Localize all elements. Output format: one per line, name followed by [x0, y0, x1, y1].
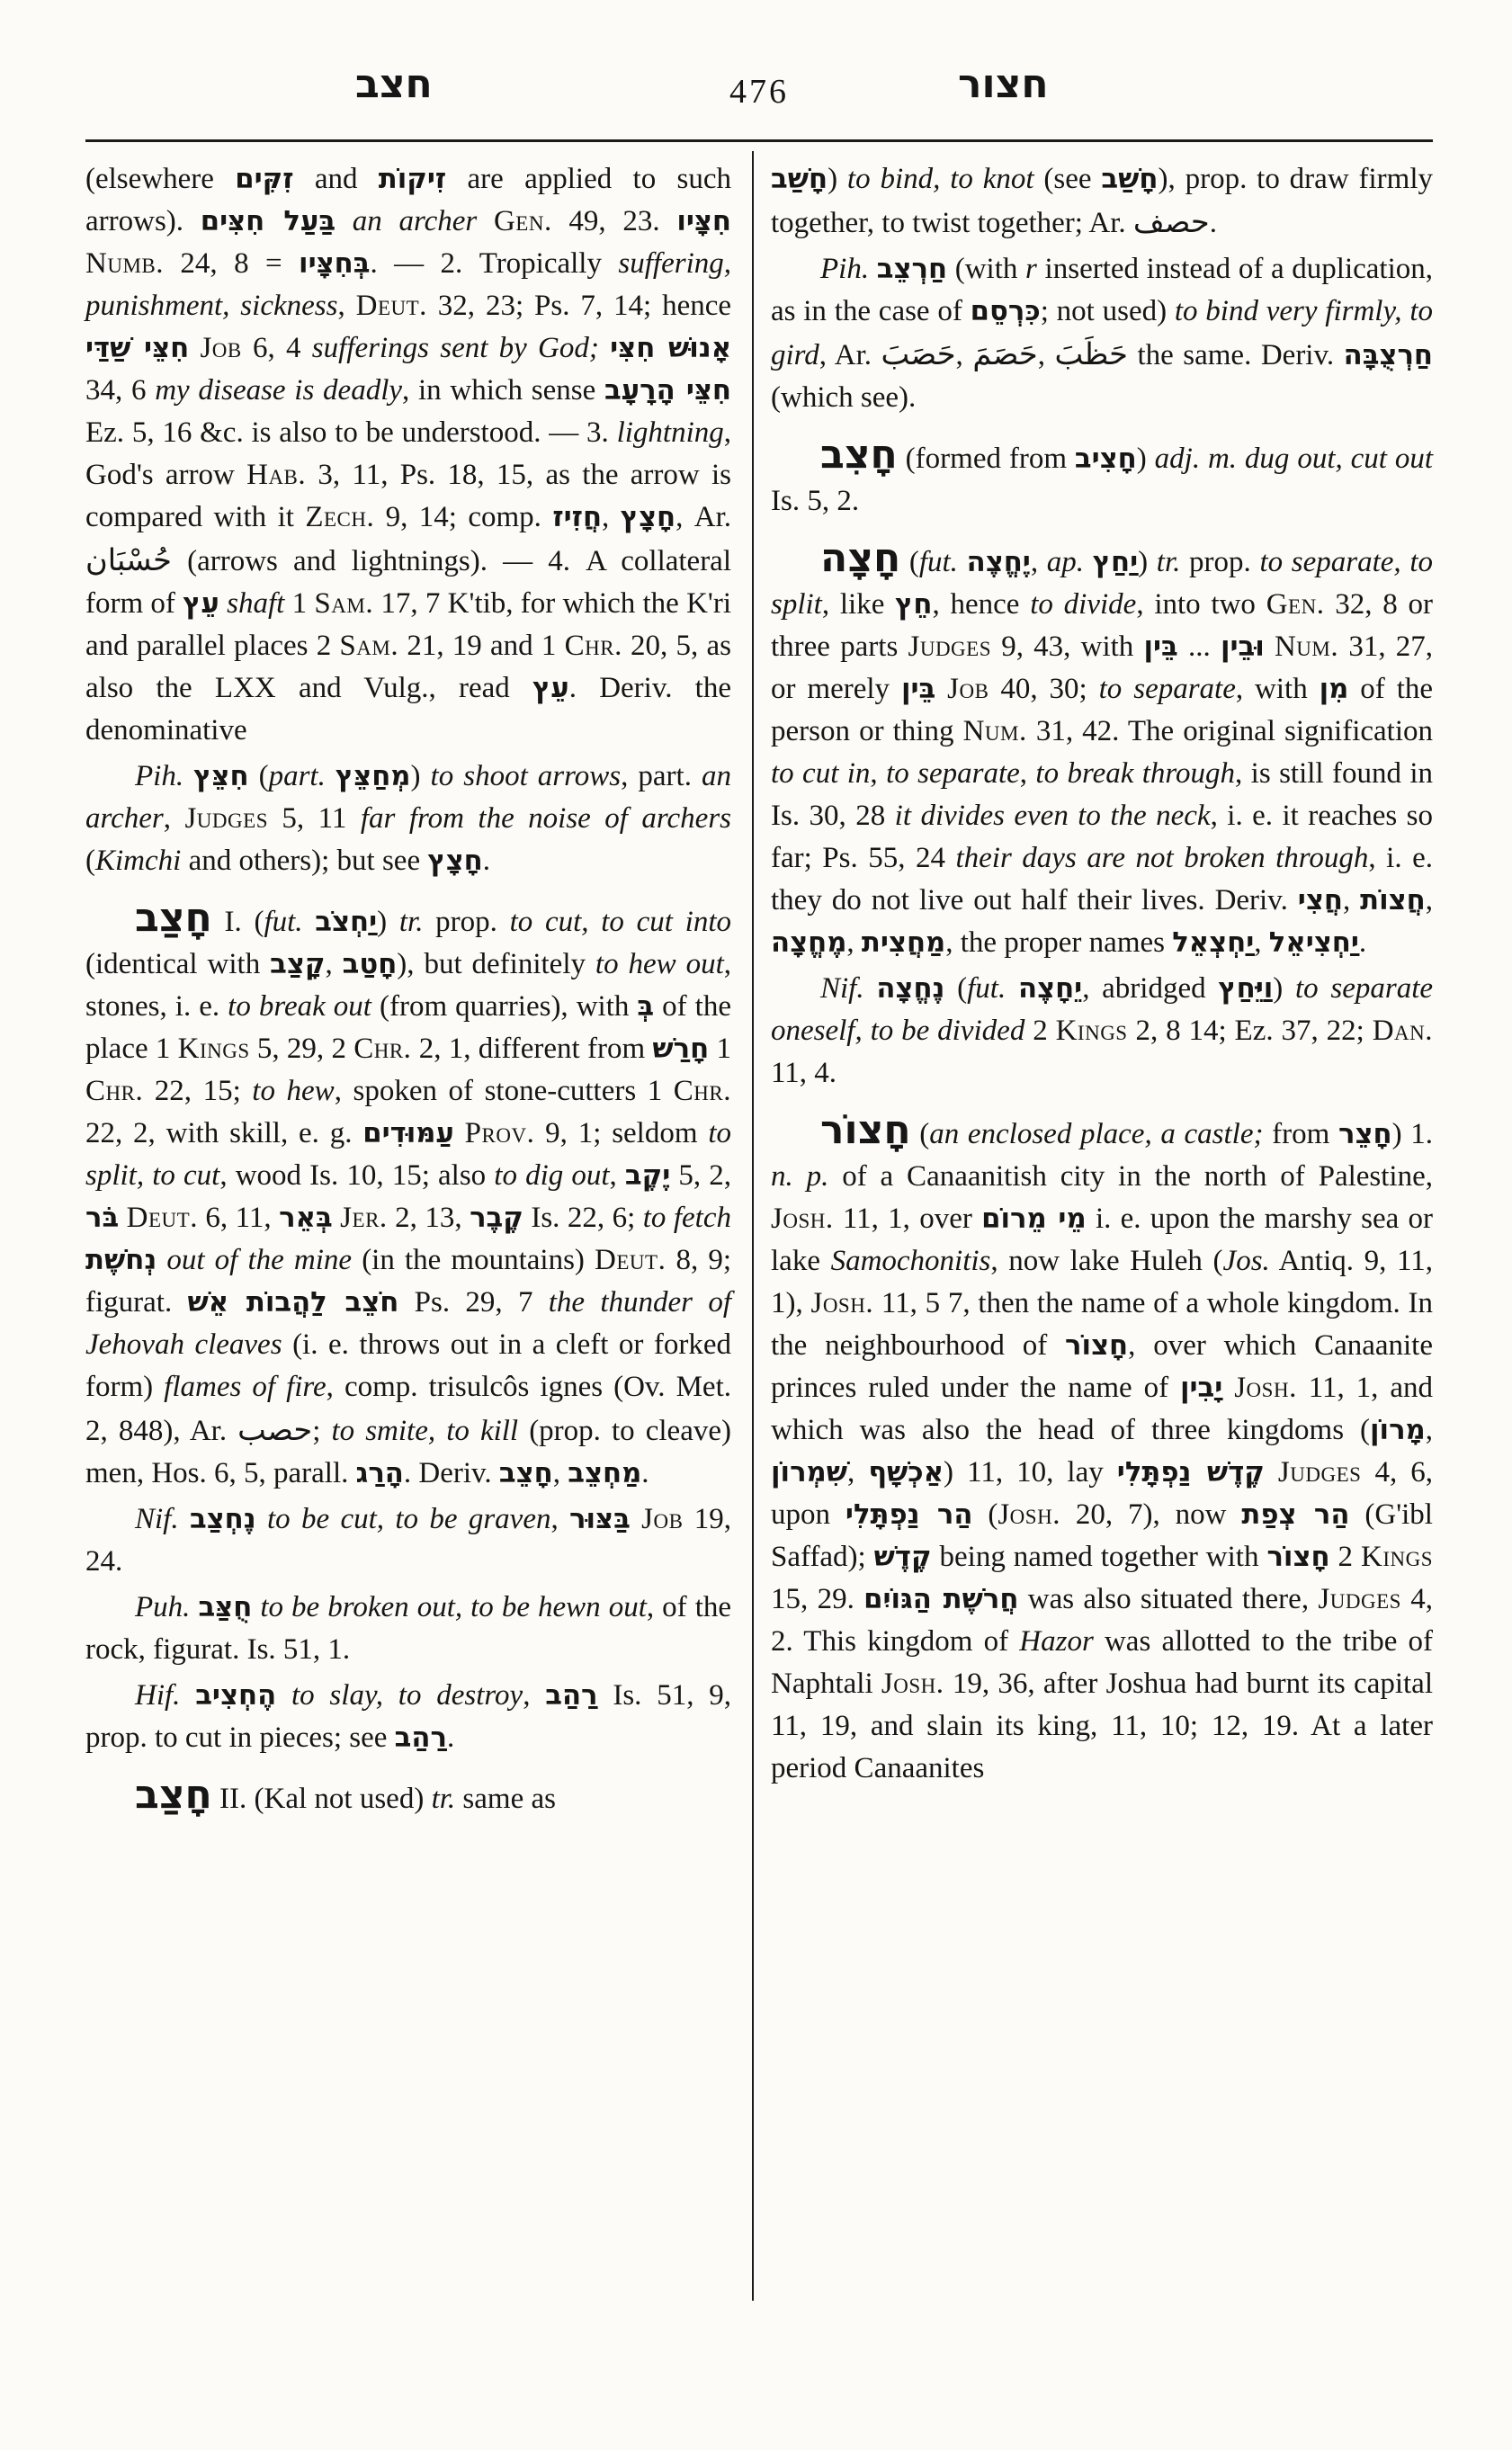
text-run: 2: [1024, 1015, 1055, 1047]
text-run: .: [1210, 207, 1217, 239]
text-run: [326, 760, 336, 792]
text-run: . Deriv.: [404, 1457, 499, 1489]
paragraph: Hif. הֶחְצִיב to slay, to destroy, רַהַב…: [85, 1675, 731, 1759]
text-run: ): [377, 906, 399, 938]
smallcaps-run: Prov.: [465, 1117, 535, 1149]
hebrew-run: יַחְצִיאֵל: [1269, 927, 1359, 959]
hebrew-run: זִיקוֹת: [379, 164, 446, 195]
italic-run: sufferings sent by God;: [312, 332, 599, 364]
smallcaps-run: Chr.: [674, 1075, 731, 1107]
hebrew-run: אָנוּשׁ חִצִּי: [610, 333, 731, 364]
hebrew-run: בֵּין: [1143, 631, 1177, 663]
text-run: .: [641, 1457, 649, 1489]
hebrew-run: חֲזִיז: [552, 502, 602, 533]
text-run: , wood Is. 10, 15; also: [219, 1159, 494, 1192]
italic-run: Hif.: [135, 1679, 180, 1712]
text-run: 31, 42. The original signification: [1027, 715, 1433, 747]
arabic-run: حصب: [237, 1412, 312, 1447]
text-run: [179, 1503, 190, 1535]
hebrew-run: חָטַב: [343, 949, 398, 980]
italic-run: to slay, to destroy: [291, 1679, 523, 1712]
text-run: 15, 29.: [771, 1583, 863, 1615]
text-run: , the proper names: [945, 926, 1172, 959]
text-run: same as: [455, 1783, 556, 1815]
text-run: , abridged: [1082, 972, 1218, 1005]
italic-run: Jos.: [1223, 1245, 1270, 1277]
text-run: , into two: [1136, 588, 1266, 621]
text-run: ), but definitely: [397, 948, 595, 980]
text-run: ): [1273, 972, 1295, 1005]
text-run: .: [447, 1721, 454, 1754]
text-run: ,: [1426, 1414, 1433, 1446]
hebrew-entry-word: חָצַב: [135, 1772, 212, 1818]
hebrew-run: יַחְצְאֵל: [1172, 927, 1254, 959]
italic-run: to break through: [1035, 757, 1235, 790]
text-run: [599, 332, 610, 364]
text-run: Ps. 29, 7: [398, 1286, 548, 1319]
hebrew-run: עַמּוּדִים: [362, 1118, 454, 1149]
text-run: ) 1.: [1392, 1118, 1433, 1150]
italic-run: an archer: [353, 205, 477, 237]
italic-run: it divides even to the neck: [895, 800, 1211, 832]
hebrew-run: יָבִין: [1180, 1373, 1222, 1404]
text-run: 34, 6: [85, 374, 155, 407]
hebrew-run: מָרוֹן: [1370, 1415, 1426, 1446]
text-run: ,: [846, 926, 862, 959]
hebrew-run: חָצִיב: [1075, 443, 1137, 475]
hebrew-run: חָצֵר: [1338, 1119, 1392, 1150]
text-run: 49, 23.: [552, 205, 677, 237]
text-run: [119, 1202, 126, 1234]
paragraph: Nif. נֶחֱצָה (fut. יֵחָצֶה, abridged וַי…: [771, 968, 1433, 1095]
text-run: ; not used): [1041, 295, 1175, 327]
text-run: from: [1264, 1118, 1338, 1150]
text-run: Ez. 5, 16 &c. is also to be understood. …: [85, 416, 617, 449]
text-run: [958, 546, 967, 578]
text-run: , with: [1236, 673, 1320, 705]
smallcaps-run: Deut.: [356, 290, 427, 322]
entry-paragraph: חָצוֹר (an enclosed place, a castle; fro…: [771, 1109, 1433, 1790]
smallcaps-run: Kings: [178, 1033, 250, 1065]
text-run: . — 2. Tropically: [370, 247, 618, 280]
text-run: [189, 332, 200, 364]
entry-paragraph: חָצַב I. (fut. יַחְצֹב) tr. prop. to cut…: [85, 897, 731, 1495]
text-run: prop.: [423, 906, 509, 938]
text-run: ,: [1254, 926, 1269, 959]
text-run: (which see).: [771, 381, 916, 414]
hebrew-run: בֹּר: [85, 1203, 119, 1234]
hebrew-run: חָצוֹר: [1266, 1542, 1329, 1573]
italic-run: Nif.: [135, 1503, 179, 1535]
italic-run: part.: [269, 760, 326, 792]
hebrew-run: חֲצוֹת: [1360, 885, 1426, 917]
hebrew-entry-word: חָצוֹר: [820, 1107, 911, 1153]
text-run: , now lake Huleh (: [990, 1245, 1222, 1277]
text-run: ,: [523, 1679, 545, 1712]
text-run: ,: [847, 1456, 868, 1489]
text-run: (formed from: [898, 443, 1075, 475]
hebrew-run: חִצֵּי שַׁדַּי: [85, 333, 189, 364]
text-run: [454, 1117, 465, 1149]
text-run: [1006, 972, 1018, 1005]
text-run: (: [972, 1498, 998, 1531]
italic-run: shaft: [227, 587, 284, 620]
italic-run: to separate: [1099, 673, 1236, 705]
text-run: ,: [610, 1159, 625, 1192]
text-run: ,: [956, 339, 973, 371]
right-column: חָשַׁב) to bind, to knot (see חָשַׁב), p…: [771, 158, 1433, 1820]
paragraph: (elsewhere זִקִּים and זִיקוֹת are appli…: [85, 158, 731, 752]
smallcaps-run: Josh.: [998, 1498, 1060, 1531]
smallcaps-run: Deut.: [595, 1244, 666, 1276]
hebrew-run: יֶקֶב: [625, 1160, 670, 1192]
smallcaps-run: Num.: [963, 715, 1027, 747]
text-run: ,: [602, 501, 621, 533]
text-run: ,: [1343, 884, 1360, 917]
text-run: ,: [550, 1503, 569, 1535]
text-run: , spoken of stone-cutters 1: [335, 1075, 674, 1107]
hebrew-run: מַחְצֵב: [568, 1458, 641, 1489]
hebrew-run: בֵּין: [901, 674, 935, 705]
guide-word-right: חצור: [958, 65, 1049, 104]
hebrew-run: הַר צְפַת: [1241, 1499, 1349, 1531]
text-run: ): [1138, 546, 1157, 578]
smallcaps-run: Num.: [1275, 630, 1338, 663]
text-run: 22, 2, with skill, e. g.: [85, 1117, 362, 1149]
italic-run: to be broken out, to be hewn out: [260, 1591, 647, 1623]
text-run: (elsewhere: [85, 163, 235, 195]
text-run: [864, 972, 877, 1005]
hebrew-run: נֶחֱצָה: [876, 973, 944, 1005]
hebrew-run: חֹצֵב לַהֲבוֹת אֵשׁ: [188, 1287, 399, 1319]
smallcaps-run: Zech.: [305, 501, 374, 533]
smallcaps-run: Numb.: [85, 247, 164, 280]
left-column: (elsewhere זִקִּים and זִיקוֹת are appli…: [85, 158, 731, 1820]
italic-run: flames of fire: [164, 1371, 327, 1403]
italic-run: fut.: [264, 906, 302, 938]
text-run: 1: [284, 587, 314, 620]
hebrew-run: שִׁמְרוֹן: [771, 1457, 847, 1489]
smallcaps-run: Gen.: [494, 205, 552, 237]
text-run: ,: [337, 290, 355, 322]
smallcaps-run: Judges: [1278, 1456, 1362, 1489]
text-run: ,: [1031, 546, 1047, 578]
smallcaps-run: Jer.: [340, 1202, 387, 1234]
hebrew-run: הֶחְצִיב: [195, 1680, 276, 1712]
italic-run: lightning: [617, 416, 724, 449]
italic-run: tr.: [1157, 546, 1181, 578]
paragraph: Puh. חֻצַּב to be broken out, to be hewn…: [85, 1587, 731, 1671]
text-run: 5, 11: [268, 802, 361, 835]
italic-run: to cut in: [771, 757, 870, 790]
text-run: was also situated there,: [1018, 1583, 1318, 1615]
smallcaps-run: Josh.: [810, 1287, 873, 1319]
italic-run: adj. m. dug out, cut out: [1155, 443, 1433, 475]
italic-run: to separate: [886, 757, 1020, 790]
text-run: (: [944, 972, 967, 1005]
italic-run: to shoot arrows: [431, 760, 622, 792]
text-run: 9, 43, with: [991, 630, 1143, 663]
text-run: 5, 2,: [670, 1159, 731, 1192]
hebrew-run: וּבֵין: [1221, 631, 1265, 663]
smallcaps-run: Sam.: [314, 587, 373, 620]
text-run: [631, 1503, 641, 1535]
italic-run: Hazor: [1019, 1625, 1094, 1658]
hebrew-run: בְּאֵר: [279, 1203, 333, 1234]
text-run: 5, 29, 2: [250, 1033, 354, 1065]
page-number: 476: [85, 72, 1433, 112]
text-run: [869, 253, 877, 285]
italic-run: to break out: [228, 990, 371, 1023]
hebrew-run: יֶחֱצֶה: [967, 547, 1031, 578]
text-run: , hence: [933, 588, 1031, 621]
hebrew-run: חִצֵּי הָרָעָב: [604, 375, 731, 407]
arabic-run: حَصَبَ: [881, 336, 956, 371]
text-run: and others); but see: [181, 845, 427, 877]
smallcaps-run: Job: [200, 332, 241, 364]
hebrew-run: יַחַץ: [1093, 547, 1138, 578]
text-run: ): [1137, 443, 1155, 475]
hebrew-run: וַיֵּחַץ: [1218, 973, 1273, 1005]
hebrew-run: בַּצּוּר: [569, 1504, 631, 1535]
text-run: ,: [1426, 884, 1433, 917]
text-run: [333, 1202, 340, 1234]
italic-run: out of the mine: [166, 1244, 352, 1276]
smallcaps-run: Kings: [1361, 1541, 1433, 1573]
text-run: , like: [822, 588, 895, 621]
hebrew-entry-word: חָצָה: [820, 535, 900, 581]
text-run: ,: [870, 757, 886, 790]
text-run: , Ar.: [819, 339, 881, 371]
italic-run: fut.: [967, 972, 1006, 1005]
hebrew-run: אַכְשָׁף: [868, 1457, 944, 1489]
text-run: [935, 673, 947, 705]
italic-run: to smite, to kill: [331, 1415, 518, 1447]
text-run: 2, 8 14; Ez. 37, 22;: [1128, 1015, 1373, 1047]
hebrew-run: מַחֲצִית: [862, 927, 945, 959]
text-run: (: [85, 845, 95, 877]
text-run: [183, 760, 193, 792]
hebrew-run: עֵץ: [532, 673, 569, 704]
smallcaps-run: Judges: [184, 802, 268, 835]
italic-run: to be cut, to be graven: [267, 1503, 550, 1535]
italic-run: to divide: [1030, 588, 1136, 621]
entry-paragraph: חָצָה (fut. יֶחֱצֶה, ap. יַחַץ) tr. prop…: [771, 537, 1433, 964]
text-run: 11, 1, over: [834, 1203, 982, 1235]
text-run: and: [294, 163, 379, 195]
hebrew-run: מְחַצֵּץ: [336, 761, 411, 792]
paragraph: Nif. נֶחְצַב to be cut, to be graven, בַ…: [85, 1498, 731, 1583]
hebrew-run: הָרַג: [356, 1458, 404, 1489]
hebrew-run: חָשַׁב: [1101, 164, 1158, 195]
text-run: [256, 1503, 267, 1535]
hebrew-run: חַרְצֻבָּה: [1344, 340, 1433, 371]
italic-run: to fetch: [643, 1202, 731, 1234]
smallcaps-run: Gen.: [1266, 588, 1325, 621]
text-run: (see: [1034, 163, 1102, 195]
text-run: [1265, 630, 1275, 663]
hebrew-run: בְּחִצָּיו: [299, 248, 370, 280]
text-run: (with: [947, 253, 1025, 285]
text-run: , in which sense: [402, 374, 604, 407]
italic-run: fut.: [919, 546, 958, 578]
text-run: 2: [1330, 1541, 1361, 1573]
text-run: ...: [1178, 630, 1221, 663]
paragraph: Pih. חִצֵּץ (part. מְחַצֵּץ) to shoot ar…: [85, 756, 731, 882]
text-run: being named together with: [932, 1541, 1267, 1573]
text-run: ,: [1038, 339, 1055, 371]
text-run: 22, 15;: [143, 1075, 252, 1107]
text-run: prop.: [1180, 546, 1259, 578]
text-run: 2, 1, different from: [411, 1033, 652, 1065]
text-run: I. (: [212, 906, 264, 938]
arabic-run: حَظَبَ: [1054, 336, 1127, 371]
text-run: 24, 8 =: [164, 247, 299, 280]
hebrew-run: כִּרְסֵם: [971, 296, 1041, 327]
text-run: ): [828, 163, 847, 195]
hebrew-run: רַהַב: [545, 1680, 597, 1712]
italic-run: my disease is deadly: [155, 374, 402, 407]
hebrew-run: חָצָץ: [427, 845, 482, 877]
hebrew-run: חֵץ: [895, 589, 932, 621]
text-run: 6, 11,: [198, 1202, 279, 1234]
smallcaps-run: Judges: [908, 630, 992, 663]
hebrew-run: רַהַב: [395, 1722, 447, 1754]
text-run: ): [411, 760, 431, 792]
text-run: 9, 1; seldom: [534, 1117, 708, 1149]
smallcaps-run: Sam.: [339, 630, 398, 662]
scanned-lexicon-page: חצב 476 חצור (elsewhere זִקִּים and זִיק…: [0, 0, 1512, 2450]
hebrew-run: חָשַׁב: [771, 164, 828, 195]
text-run: Is. 22, 6;: [523, 1202, 643, 1234]
text-run: (identical with: [85, 948, 270, 980]
text-run: 2, 13,: [388, 1202, 470, 1234]
text-run: [303, 906, 316, 938]
text-run: .: [483, 845, 490, 877]
text-run: of a Canaanitish city in the north of Pa…: [828, 1160, 1433, 1193]
hebrew-run: קֶדֶשׁ נַפְתָּלִי: [1117, 1457, 1265, 1489]
italic-run: to bind, to knot: [847, 163, 1034, 195]
text-run: [1265, 1456, 1278, 1489]
hebrew-run: בְּ: [637, 991, 654, 1023]
italic-run: tr.: [432, 1783, 456, 1815]
hebrew-run: בַּעַל חִצִּים: [201, 206, 336, 237]
text-run: ,: [553, 1457, 568, 1489]
text-columns: (elsewhere זִקִּים and זִיקוֹת are appli…: [85, 158, 1433, 1820]
hebrew-run: חִצֵּץ: [193, 761, 248, 792]
smallcaps-run: Josh.: [771, 1203, 834, 1235]
italic-run: ap.: [1047, 546, 1084, 578]
entry-paragraph: חָצַב II. (Kal not used) tr. same as: [85, 1774, 731, 1820]
smallcaps-run: Job: [641, 1503, 683, 1535]
smallcaps-run: Josh.: [1234, 1372, 1297, 1404]
text-run: (: [911, 1118, 930, 1150]
text-run: II. (Kal not used): [212, 1783, 432, 1815]
hebrew-run: חָצֵב: [499, 1458, 553, 1489]
hebrew-run: חֲצִי: [1298, 885, 1343, 917]
text-run: [1084, 546, 1093, 578]
text-run: (in the mountains): [352, 1244, 595, 1276]
text-run: (from quarries), with: [371, 990, 637, 1023]
hebrew-run: חֲרֹשֶׁת הַגּוֹיִם: [863, 1584, 1018, 1615]
hebrew-run: מֶחֱצָה: [771, 927, 846, 959]
italic-run: n. p.: [771, 1160, 828, 1193]
text-run: 32, 23; Ps. 7, 14; hence: [427, 290, 731, 322]
text-run: 6, 4: [242, 332, 312, 364]
text-run: ;: [312, 1415, 331, 1447]
paragraph: Pih. חַרְצֵב (with r inserted instead of…: [771, 248, 1433, 419]
italic-run: Kimchi: [95, 845, 181, 877]
text-run: (: [249, 760, 269, 792]
text-run: 11, 4.: [771, 1057, 837, 1089]
header-rule: [85, 139, 1433, 142]
hebrew-run: מֵי מֵרוֹם: [981, 1203, 1087, 1235]
text-run: 21, 19 and 1: [398, 630, 565, 662]
text-run: ,: [1020, 757, 1036, 790]
smallcaps-run: Job: [947, 673, 989, 705]
italic-run: their days are not broken through: [955, 842, 1368, 874]
hebrew-run: נְחֹשֶׁת: [85, 1245, 157, 1276]
hebrew-run: הַר נַפְתָּלִי: [845, 1499, 973, 1531]
smallcaps-run: Hab.: [246, 459, 306, 491]
hebrew-run: יַחְצֹב: [315, 907, 377, 938]
text-run: [477, 205, 494, 237]
text-run: , part.: [621, 760, 702, 792]
hebrew-entry-word: חָצִב: [820, 432, 898, 478]
text-run: (: [900, 546, 919, 578]
smallcaps-run: Chr.: [565, 630, 622, 662]
text-run: 40, 30;: [989, 673, 1098, 705]
text-run: 1: [709, 1033, 731, 1065]
text-run: 9, 14; comp.: [374, 501, 552, 533]
smallcaps-run: Chr.: [85, 1075, 143, 1107]
arabic-run: حُسْبَان: [85, 542, 172, 577]
hebrew-run: נֶחְצַב: [190, 1504, 256, 1535]
text-run: , Ar.: [675, 501, 731, 533]
smallcaps-run: Josh.: [881, 1668, 944, 1700]
italic-run: Samochonitis: [831, 1245, 991, 1277]
italic-run: to hew: [252, 1075, 334, 1107]
text-run: [276, 1679, 291, 1712]
hebrew-run: מִן: [1320, 674, 1349, 705]
text-run: [157, 1244, 166, 1276]
italic-run: Pih.: [135, 760, 183, 792]
hebrew-run: חָצָץ: [621, 502, 675, 533]
text-run: Is. 5, 2.: [771, 485, 859, 517]
italic-run: an enclosed place, a castle;: [929, 1118, 1263, 1150]
text-run: [252, 1591, 260, 1623]
arabic-run: حصف: [1133, 204, 1210, 239]
smallcaps-run: Dan.: [1373, 1015, 1433, 1047]
italic-run: to hew out: [595, 948, 724, 980]
page-header: חצב 476 חצור: [85, 59, 1433, 130]
hebrew-run: קֶדֶשׁ: [874, 1542, 932, 1573]
text-run: the same. Deriv.: [1128, 339, 1344, 371]
hebrew-run: יֵחָצֶה: [1018, 973, 1082, 1005]
italic-run: Pih.: [820, 253, 869, 285]
italic-run: tr.: [399, 906, 424, 938]
text-run: ,: [164, 802, 185, 835]
text-run: [219, 587, 227, 620]
hebrew-run: חֻצַּב: [198, 1592, 252, 1623]
smallcaps-run: Chr.: [353, 1033, 411, 1065]
hebrew-run: קָצַב: [270, 949, 325, 980]
text-run: [180, 1679, 195, 1712]
text-run: ,: [325, 948, 342, 980]
italic-run: to dig out: [494, 1159, 609, 1192]
text-run: ) 11, 10, lay: [944, 1456, 1117, 1489]
text-run: .: [1359, 926, 1366, 959]
